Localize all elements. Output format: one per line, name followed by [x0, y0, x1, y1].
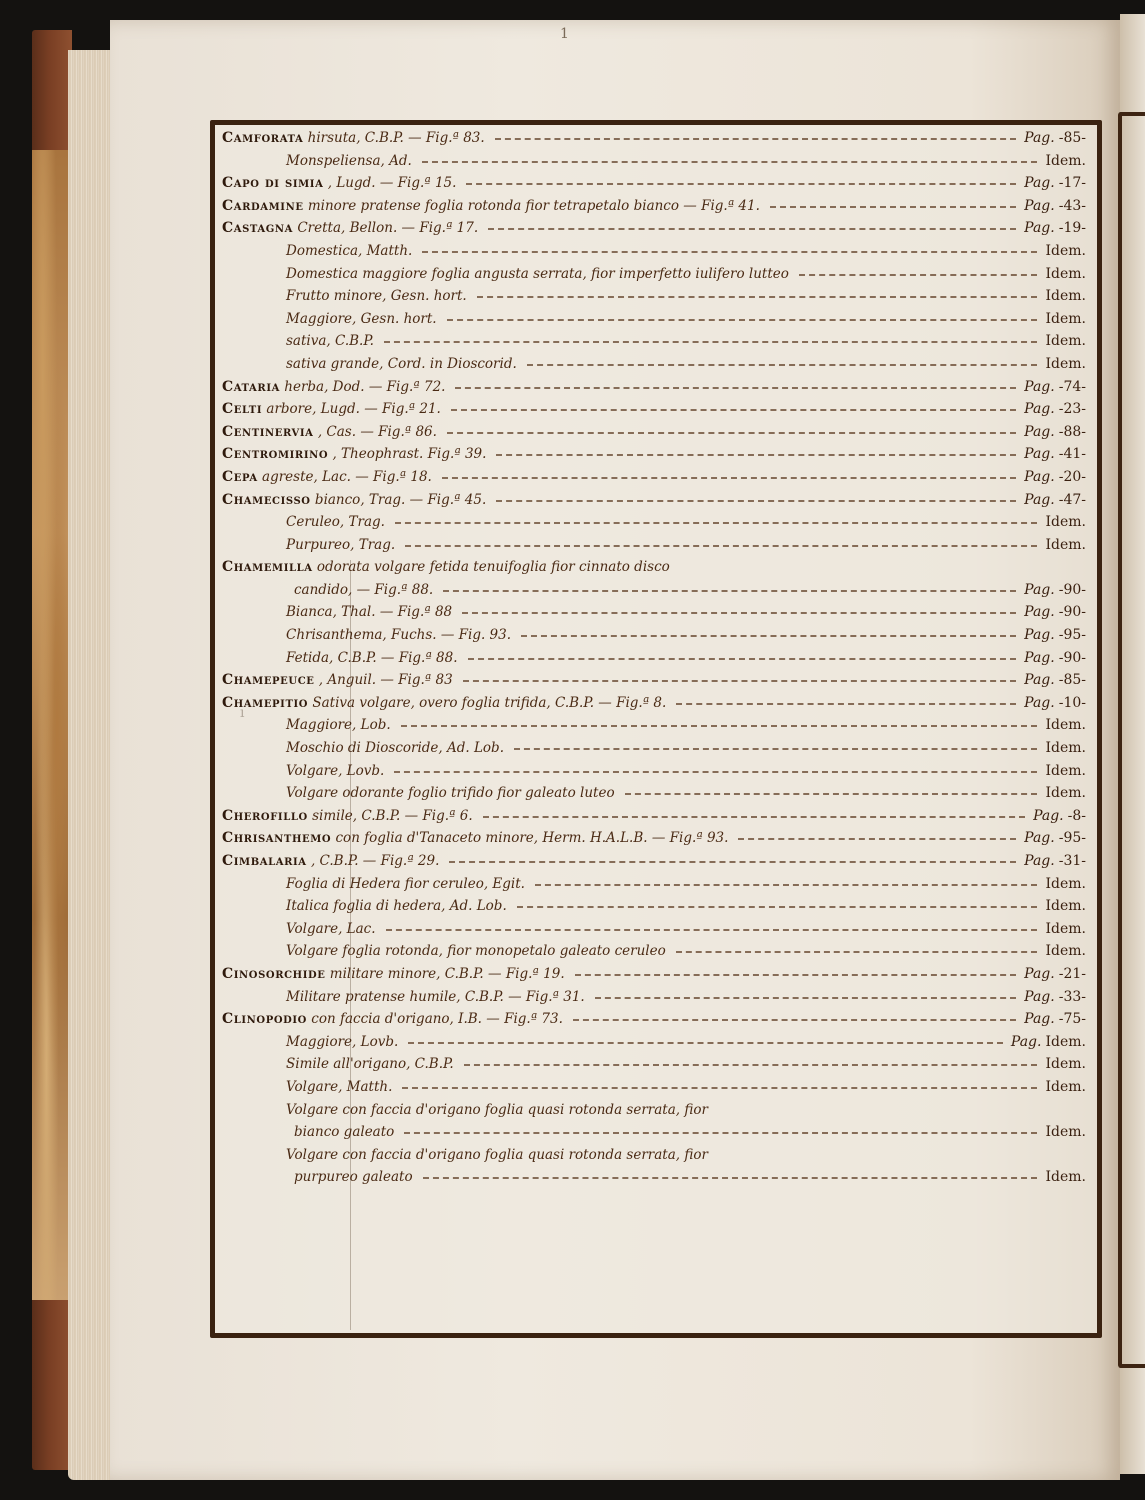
- page-number: Idem.: [1045, 876, 1086, 892]
- entry-description: , C.B.P. —: [311, 853, 376, 869]
- page-reference: Idem.: [1045, 333, 1086, 349]
- dotted-leader: [527, 364, 1037, 366]
- index-entry-variant: Bianca, Thal. — Fig.ª 88Pag.-90-: [222, 600, 1092, 623]
- entry-description: Domestica maggiore foglia angusta serrat…: [286, 266, 789, 282]
- dotted-leader: [404, 1132, 1037, 1134]
- page-number: -90-: [1059, 582, 1086, 598]
- page-number: -95-: [1059, 627, 1086, 643]
- page-reference: Pag.Idem.: [1011, 1034, 1086, 1050]
- page-reference: Idem.: [1045, 288, 1086, 304]
- pag-label: Pag.: [1024, 1011, 1055, 1027]
- index-entry-heading: Capo di simia , Lugd. — Fig.ª 15.Pag.-17…: [222, 171, 1092, 194]
- entry-description: bianco galeato: [294, 1124, 394, 1140]
- entry-description: con faccia d'origano, I.B. —: [311, 1011, 499, 1027]
- dotted-leader: [477, 296, 1037, 298]
- dotted-leader: [408, 1042, 1003, 1044]
- page-number: Idem.: [1045, 740, 1086, 756]
- dotted-leader: [422, 161, 1037, 163]
- figure-reference: Fig.ª 39.: [428, 446, 487, 462]
- dotted-leader: [464, 1064, 1037, 1066]
- dotted-leader: [770, 206, 1016, 208]
- page-reference: Idem.: [1045, 311, 1086, 327]
- pag-label: Pag.: [1024, 198, 1055, 214]
- entry-description: , Cas. —: [318, 424, 374, 440]
- index-entry-variant: candido, — Fig.ª 88.Pag.-90-: [222, 578, 1092, 601]
- page-reference: Pag.-8-: [1033, 808, 1086, 824]
- page-reference: Pag.-88-: [1024, 424, 1086, 440]
- entry-description: Maggiore, Lovb.: [286, 1034, 398, 1050]
- entry-description: Fetida, C.B.P. —: [286, 650, 394, 666]
- page-number: -90-: [1059, 650, 1086, 666]
- dotted-leader: [423, 1177, 1037, 1179]
- entry-description: Volgare, Lovb.: [286, 763, 384, 779]
- entry-description: militare minore, C.B.P. —: [330, 966, 502, 982]
- pag-label: Pag.: [1024, 220, 1055, 236]
- index-entry-variant: Purpureo, Trag.Idem.: [222, 533, 1092, 556]
- page-number: Idem.: [1045, 288, 1086, 304]
- plant-name: Chamecisso: [222, 492, 311, 508]
- page-reference: Pag.-19-: [1024, 220, 1086, 236]
- entry-description: Volgare con faccia d'origano foglia quas…: [286, 1147, 708, 1163]
- pag-label: Pag.: [1024, 130, 1055, 146]
- page-number: Idem.: [1045, 1034, 1086, 1050]
- entry-description: Moschio di Dioscoride, Ad. Lob.: [286, 740, 504, 756]
- page-reference: Pag.-41-: [1024, 446, 1086, 462]
- page-reference: Idem.: [1045, 717, 1086, 733]
- page-reference: Idem.: [1045, 1079, 1086, 1095]
- page-number: -31-: [1059, 853, 1086, 869]
- dotted-leader: [496, 454, 1016, 456]
- page-number: Idem.: [1045, 921, 1086, 937]
- page-reference: Idem.: [1045, 266, 1086, 282]
- plant-name: Chamepitio: [222, 695, 308, 711]
- page-number: -19-: [1059, 220, 1086, 236]
- page-number: Idem.: [1045, 514, 1086, 530]
- page-reference: Idem.: [1045, 356, 1086, 372]
- dotted-leader: [514, 748, 1037, 750]
- plant-name: Cepa: [222, 469, 258, 485]
- dotted-leader: [676, 951, 1037, 953]
- page-number: Idem.: [1045, 266, 1086, 282]
- entry-description: Volgare foglia rotonda, fior monopetalo …: [286, 943, 666, 959]
- index-entry-heading: Cinosorchide militare minore, C.B.P. — F…: [222, 962, 1092, 985]
- plant-name: Centinervia: [222, 424, 314, 440]
- page-reference: Idem.: [1045, 785, 1086, 801]
- index-entry-variant: Monspeliensa, Ad.Idem.: [222, 149, 1092, 172]
- dotted-leader: [517, 906, 1037, 908]
- page-reference: Pag.-21-: [1024, 966, 1086, 982]
- figure-reference: Fig.ª 41.: [701, 198, 760, 214]
- dotted-leader: [449, 861, 1016, 863]
- index-entry-heading: Cimbalaria , C.B.P. — Fig.ª 29.Pag.-31-: [222, 849, 1092, 872]
- entry-description: Monspeliensa, Ad.: [286, 153, 412, 169]
- plant-name: Cardamine: [222, 198, 304, 214]
- page-reference: Pag.-85-: [1024, 672, 1086, 688]
- pag-label: Pag.: [1024, 966, 1055, 982]
- entry-description: Purpureo, Trag.: [286, 537, 395, 553]
- dotted-leader: [575, 974, 1016, 976]
- pag-label: Pag.: [1024, 469, 1055, 485]
- page-number: -90-: [1059, 604, 1086, 620]
- page-reference: Pag.-85-: [1024, 130, 1086, 146]
- pag-label: Pag.: [1024, 989, 1055, 1005]
- plant-name: Castagna: [222, 220, 293, 236]
- page-number: Idem.: [1045, 898, 1086, 914]
- entry-description: sativa grande, Cord. in Dioscorid.: [286, 356, 517, 372]
- plant-name: Cataria: [222, 379, 280, 395]
- entry-description: Volgare odorante foglio trifido fior gal…: [286, 785, 615, 801]
- plant-name: Camforata: [222, 130, 303, 146]
- dotted-leader: [384, 341, 1037, 343]
- index-entry-heading: Centromirino , Theophrast. Fig.ª 39.Pag.…: [222, 442, 1092, 465]
- page-reference: Pag.-90-: [1024, 604, 1086, 620]
- pag-label: Pag.: [1024, 695, 1055, 711]
- figure-reference: Fig.ª 15.: [398, 175, 457, 191]
- index-entry-heading: Chamecisso bianco, Trag. — Fig.ª 45.Pag.…: [222, 488, 1092, 511]
- plant-name: Clinopodio: [222, 1011, 307, 1027]
- figure-reference: Fig.ª 86.: [378, 424, 437, 440]
- index-entry-variant: Moschio di Dioscoride, Ad. Lob.Idem.: [222, 736, 1092, 759]
- pag-label: Pag.: [1024, 853, 1055, 869]
- page-reference: Idem.: [1045, 243, 1086, 259]
- dotted-leader: [483, 816, 1025, 818]
- figure-reference: Fig.ª 31.: [526, 989, 585, 1005]
- entry-description: con foglia d'Tanaceto minore, Herm. H.A.…: [336, 830, 666, 846]
- page-number: -17-: [1059, 175, 1086, 191]
- page-reference: Pag.-95-: [1024, 627, 1086, 643]
- page-reference: Idem.: [1045, 876, 1086, 892]
- pag-label: Pag.: [1024, 830, 1055, 846]
- entry-description: candido, —: [294, 582, 370, 598]
- page-number: Idem.: [1045, 1124, 1086, 1140]
- page-reference: Pag.-95-: [1024, 830, 1086, 846]
- page-reference: Idem.: [1045, 1056, 1086, 1072]
- page-reference: Idem.: [1045, 153, 1086, 169]
- plant-name: Chamepeuce: [222, 672, 314, 688]
- dotted-leader: [402, 1087, 1037, 1089]
- dotted-leader: [495, 138, 1016, 140]
- entry-description: Foglia di Hedera fior ceruleo, Egit.: [286, 876, 525, 892]
- dotted-leader: [521, 635, 1016, 637]
- page-reference: Idem.: [1045, 537, 1086, 553]
- figure-reference: Fig.ª 83.: [426, 130, 485, 146]
- figure-reference: Fig.ª 18.: [373, 469, 432, 485]
- figure-reference: Fig.ª 29.: [381, 853, 440, 869]
- pag-label: Pag.: [1024, 582, 1055, 598]
- figure-reference: Fig.ª 45.: [427, 492, 486, 508]
- page-reference: Pag.-23-: [1024, 401, 1086, 417]
- index-entry-heading: Celti arbore, Lugd. — Fig.ª 21.Pag.-23-: [222, 397, 1092, 420]
- entry-description: Maggiore, Lob.: [286, 717, 391, 733]
- page-number: Idem.: [1045, 785, 1086, 801]
- entry-description: simile, C.B.P. —: [312, 808, 418, 824]
- pag-label: Pag.: [1024, 492, 1055, 508]
- index-entry-heading: Cardamine minore pratense foglia rotonda…: [222, 194, 1092, 217]
- dotted-leader: [447, 319, 1037, 321]
- index-entry-variant: Volgare foglia rotonda, fior monopetalo …: [222, 939, 1092, 962]
- entry-description: Italica foglia di hedera, Ad. Lob.: [286, 898, 507, 914]
- entry-description: Domestica, Matth.: [286, 243, 412, 259]
- page-number: -20-: [1059, 469, 1086, 485]
- figure-reference: Fig.ª 83: [398, 672, 453, 688]
- page-reference: Idem.: [1045, 514, 1086, 530]
- page-number: Idem.: [1045, 1056, 1086, 1072]
- pag-label: Pag.: [1024, 604, 1055, 620]
- pag-label: Pag.: [1011, 1034, 1042, 1050]
- page-reference: Pag.-90-: [1024, 582, 1086, 598]
- page-number: Idem.: [1045, 356, 1086, 372]
- page-reference: Pag.-75-: [1024, 1011, 1086, 1027]
- index-entry-heading: Cepa agreste, Lac. — Fig.ª 18.Pag.-20-: [222, 465, 1092, 488]
- figure-reference: Fig.ª 21.: [382, 401, 441, 417]
- index-entry-variant: Volgare, Lac.Idem.: [222, 917, 1092, 940]
- index-entry-heading: Clinopodio con faccia d'origano, I.B. — …: [222, 1007, 1092, 1030]
- page-number: -43-: [1059, 198, 1086, 214]
- plant-name: Capo di simia: [222, 175, 323, 191]
- plant-name: Chamemilla: [222, 559, 313, 575]
- entry-description: arbore, Lugd. —: [266, 401, 377, 417]
- plant-name: Cherofillo: [222, 808, 308, 824]
- figure-reference: Fig.ª 72.: [387, 379, 446, 395]
- index-entry-variant: Volgare con faccia d'origano foglia quas…: [222, 1098, 1092, 1121]
- page-number: Idem.: [1045, 243, 1086, 259]
- page-number: -88-: [1059, 424, 1086, 440]
- page-number: Idem.: [1045, 311, 1086, 327]
- dotted-leader: [401, 725, 1037, 727]
- book-cover-marbled-paper: [32, 150, 68, 1300]
- dotted-leader: [463, 680, 1016, 682]
- entry-description: agreste, Lac. —: [262, 469, 369, 485]
- index-entry-variant: Domestica maggiore foglia angusta serrat…: [222, 262, 1092, 285]
- dotted-leader: [442, 477, 1016, 479]
- dotted-leader: [451, 409, 1016, 411]
- entry-description: odorata volgare fetida tenuifoglia fior …: [317, 559, 670, 575]
- index-entry-variant: Ceruleo, Trag.Idem.: [222, 510, 1092, 533]
- pag-label: Pag.: [1033, 808, 1064, 824]
- index-entry-heading: Centinervia , Cas. — Fig.ª 86.Pag.-88-: [222, 420, 1092, 443]
- entry-description: Militare pratense humile, C.B.P. —: [286, 989, 522, 1005]
- dotted-leader: [395, 522, 1037, 524]
- index-entry-heading: Chamepeuce , Anguil. — Fig.ª 83Pag.-85-: [222, 668, 1092, 691]
- page-mark: 1: [560, 26, 569, 42]
- index-entry-heading: Chamemilla odorata volgare fetida tenuif…: [222, 555, 1092, 578]
- entry-description: Simile all'origano, C.B.P.: [286, 1056, 454, 1072]
- figure-reference: Fig.ª 88: [398, 604, 453, 620]
- index-entry-heading: Cataria herba, Dod. — Fig.ª 72.Pag.-74-: [222, 375, 1092, 398]
- page-number: -95-: [1059, 830, 1086, 846]
- entry-description: hirsuta, C.B.P. —: [308, 130, 422, 146]
- page-reference: Pag.-43-: [1024, 198, 1086, 214]
- dotted-leader: [738, 838, 1016, 840]
- page-number: -10-: [1059, 695, 1086, 711]
- page-reference: Idem.: [1045, 1169, 1086, 1185]
- entry-description: Maggiore, Gesn. hort.: [286, 311, 437, 327]
- index-entry-variant: Frutto minore, Gesn. hort.Idem.: [222, 284, 1092, 307]
- entry-description: bianco, Trag. —: [315, 492, 423, 508]
- dotted-leader: [462, 612, 1016, 614]
- page-reference: Idem.: [1045, 1124, 1086, 1140]
- page-reference: Pag.-74-: [1024, 379, 1086, 395]
- figure-reference: Fig.ª 17.: [419, 220, 478, 236]
- entry-description: Volgare, Lac.: [286, 921, 376, 937]
- page-number: -8-: [1068, 808, 1086, 824]
- entry-description: minore pratense foglia rotonda fior tetr…: [308, 198, 697, 214]
- plant-name: Celti: [222, 401, 262, 417]
- page-reference: Pag.-17-: [1024, 175, 1086, 191]
- figure-reference: Fig.ª 93.: [670, 830, 729, 846]
- page-reference: Pag.-20-: [1024, 469, 1086, 485]
- page-number: Idem.: [1045, 153, 1086, 169]
- entry-description: Chrisanthema, Fuchs. —: [286, 627, 454, 643]
- index-entry-variant: sativa grande, Cord. in Dioscorid.Idem.: [222, 352, 1092, 375]
- pag-label: Pag.: [1024, 627, 1055, 643]
- entry-description: , Lugd. —: [328, 175, 394, 191]
- plant-name: Centromirino: [222, 446, 328, 462]
- dotted-leader: [676, 703, 1016, 705]
- entry-description: Ceruleo, Trag.: [286, 514, 385, 530]
- page-reference: Idem.: [1045, 943, 1086, 959]
- page-reference: Idem.: [1045, 740, 1086, 756]
- page-number: Idem.: [1045, 1079, 1086, 1095]
- page-reference: Pag.-33-: [1024, 989, 1086, 1005]
- plant-name: Cinosorchide: [222, 966, 326, 982]
- dotted-leader: [799, 274, 1037, 276]
- pag-label: Pag.: [1024, 424, 1055, 440]
- page-number: -85-: [1059, 130, 1086, 146]
- entry-description: purpureo galeato: [294, 1169, 413, 1185]
- entry-description: Frutto minore, Gesn. hort.: [286, 288, 467, 304]
- index-entry-variant: Militare pratense humile, C.B.P. — Fig.ª…: [222, 985, 1092, 1008]
- index-entry-variant: Maggiore, Gesn. hort.Idem.: [222, 307, 1092, 330]
- figure-reference: Fig. 93.: [459, 627, 511, 643]
- index-entry-variant: Domestica, Matth.Idem.: [222, 239, 1092, 262]
- entry-description: Cretta, Bellon. —: [297, 220, 415, 236]
- facing-page-frame: [1118, 112, 1145, 1368]
- index-entry-variant: Fetida, C.B.P. — Fig.ª 88.Pag.-90-: [222, 646, 1092, 669]
- pag-label: Pag.: [1024, 401, 1055, 417]
- dotted-leader: [455, 387, 1016, 389]
- page-number: -74-: [1059, 379, 1086, 395]
- dotted-leader: [394, 771, 1037, 773]
- page-reference: Idem.: [1045, 763, 1086, 779]
- pag-label: Pag.: [1024, 672, 1055, 688]
- entry-description: Volgare, Matth.: [286, 1079, 392, 1095]
- entry-description: herba, Dod. —: [284, 379, 382, 395]
- index-entry-variant: Simile all'origano, C.B.P.Idem.: [222, 1052, 1092, 1075]
- index-entry-variant: Maggiore, Lob.Idem.: [222, 713, 1092, 736]
- index-entry-variant: Maggiore, Lovb.Pag.Idem.: [222, 1030, 1092, 1053]
- page-number: Idem.: [1045, 763, 1086, 779]
- index-entry-heading: Cherofillo simile, C.B.P. — Fig.ª 6.Pag.…: [222, 804, 1092, 827]
- dotted-leader: [422, 251, 1037, 253]
- page-number: -33-: [1059, 989, 1086, 1005]
- dotted-leader: [466, 183, 1016, 185]
- index-entry-heading: Camforata hirsuta, C.B.P. — Fig.ª 83.Pag…: [222, 126, 1092, 149]
- page-number: -85-: [1059, 672, 1086, 688]
- dotted-leader: [447, 432, 1016, 434]
- plant-name: Chrisanthemo: [222, 830, 331, 846]
- dotted-leader: [386, 929, 1037, 931]
- dotted-leader: [573, 1019, 1016, 1021]
- dotted-leader: [488, 228, 1016, 230]
- page-reference: Idem.: [1045, 898, 1086, 914]
- entry-description: Volgare con faccia d'origano foglia quas…: [286, 1102, 708, 1118]
- page-number: Idem.: [1045, 943, 1086, 959]
- dotted-leader: [443, 590, 1016, 592]
- index-entry-variant: Chrisanthema, Fuchs. — Fig. 93.Pag.-95-: [222, 623, 1092, 646]
- dotted-leader: [535, 884, 1037, 886]
- page-number: -23-: [1059, 401, 1086, 417]
- dotted-leader: [496, 500, 1016, 502]
- figure-reference: Fig.ª 6.: [422, 808, 472, 824]
- page-number: -47-: [1059, 492, 1086, 508]
- pag-label: Pag.: [1024, 650, 1055, 666]
- dotted-leader: [468, 658, 1016, 660]
- page-number: Idem.: [1045, 717, 1086, 733]
- plant-name: Cimbalaria: [222, 853, 307, 869]
- page-number: -75-: [1059, 1011, 1086, 1027]
- page-number: Idem.: [1045, 333, 1086, 349]
- figure-reference: Fig.ª 8.: [616, 695, 666, 711]
- page-reference: Pag.-31-: [1024, 853, 1086, 869]
- entry-description: , Anguil. —: [319, 672, 394, 688]
- index-entry-variant: Volgare con faccia d'origano foglia quas…: [222, 1143, 1092, 1166]
- pag-label: Pag.: [1024, 446, 1055, 462]
- entry-description: , Theophrast.: [332, 446, 423, 462]
- figure-reference: Fig.ª 73.: [504, 1011, 563, 1027]
- figure-reference: Fig.ª 88.: [374, 582, 433, 598]
- figure-reference: Fig.ª 19.: [506, 966, 565, 982]
- page-number: Idem.: [1045, 1169, 1086, 1185]
- index-entry-variant: sativa, C.B.P.Idem.: [222, 329, 1092, 352]
- dotted-leader: [405, 545, 1037, 547]
- index-entry-variant: Volgare odorante foglio trifido fior gal…: [222, 781, 1092, 804]
- page-reference: Pag.-47-: [1024, 492, 1086, 508]
- index-entry-variant: bianco galeatoIdem.: [222, 1120, 1092, 1143]
- index-entry-variant: Foglia di Hedera fior ceruleo, Egit.Idem…: [222, 872, 1092, 895]
- dotted-leader: [625, 793, 1037, 795]
- page-edges: [68, 50, 112, 1480]
- page-reference: Pag.-90-: [1024, 650, 1086, 666]
- index-entries: Camforata hirsuta, C.B.P. — Fig.ª 83.Pag…: [222, 126, 1092, 1188]
- figure-reference: Fig.ª 88.: [399, 650, 458, 666]
- entry-description: sativa, C.B.P.: [286, 333, 374, 349]
- page-reference: Pag.-10-: [1024, 695, 1086, 711]
- entry-description: Sativa volgare, overo foglia trifida, C.…: [312, 695, 611, 711]
- index-entry-heading: Chamepitio Sativa volgare, overo foglia …: [222, 691, 1092, 714]
- index-entry-variant: Volgare, Lovb.Idem.: [222, 759, 1092, 782]
- index-entry-variant: Volgare, Matth.Idem.: [222, 1075, 1092, 1098]
- page-number: Idem.: [1045, 537, 1086, 553]
- page-number: -21-: [1059, 966, 1086, 982]
- pag-label: Pag.: [1024, 379, 1055, 395]
- index-entry-heading: Castagna Cretta, Bellon. — Fig.ª 17.Pag.…: [222, 216, 1092, 239]
- page-number: -41-: [1059, 446, 1086, 462]
- index-entry-variant: purpureo galeatoIdem.: [222, 1165, 1092, 1188]
- index-entry-heading: Chrisanthemo con foglia d'Tanaceto minor…: [222, 826, 1092, 849]
- dotted-leader: [595, 997, 1016, 999]
- index-entry-variant: Italica foglia di hedera, Ad. Lob.Idem.: [222, 894, 1092, 917]
- page-reference: Idem.: [1045, 921, 1086, 937]
- pag-label: Pag.: [1024, 175, 1055, 191]
- entry-description: Bianca, Thal. —: [286, 604, 393, 620]
